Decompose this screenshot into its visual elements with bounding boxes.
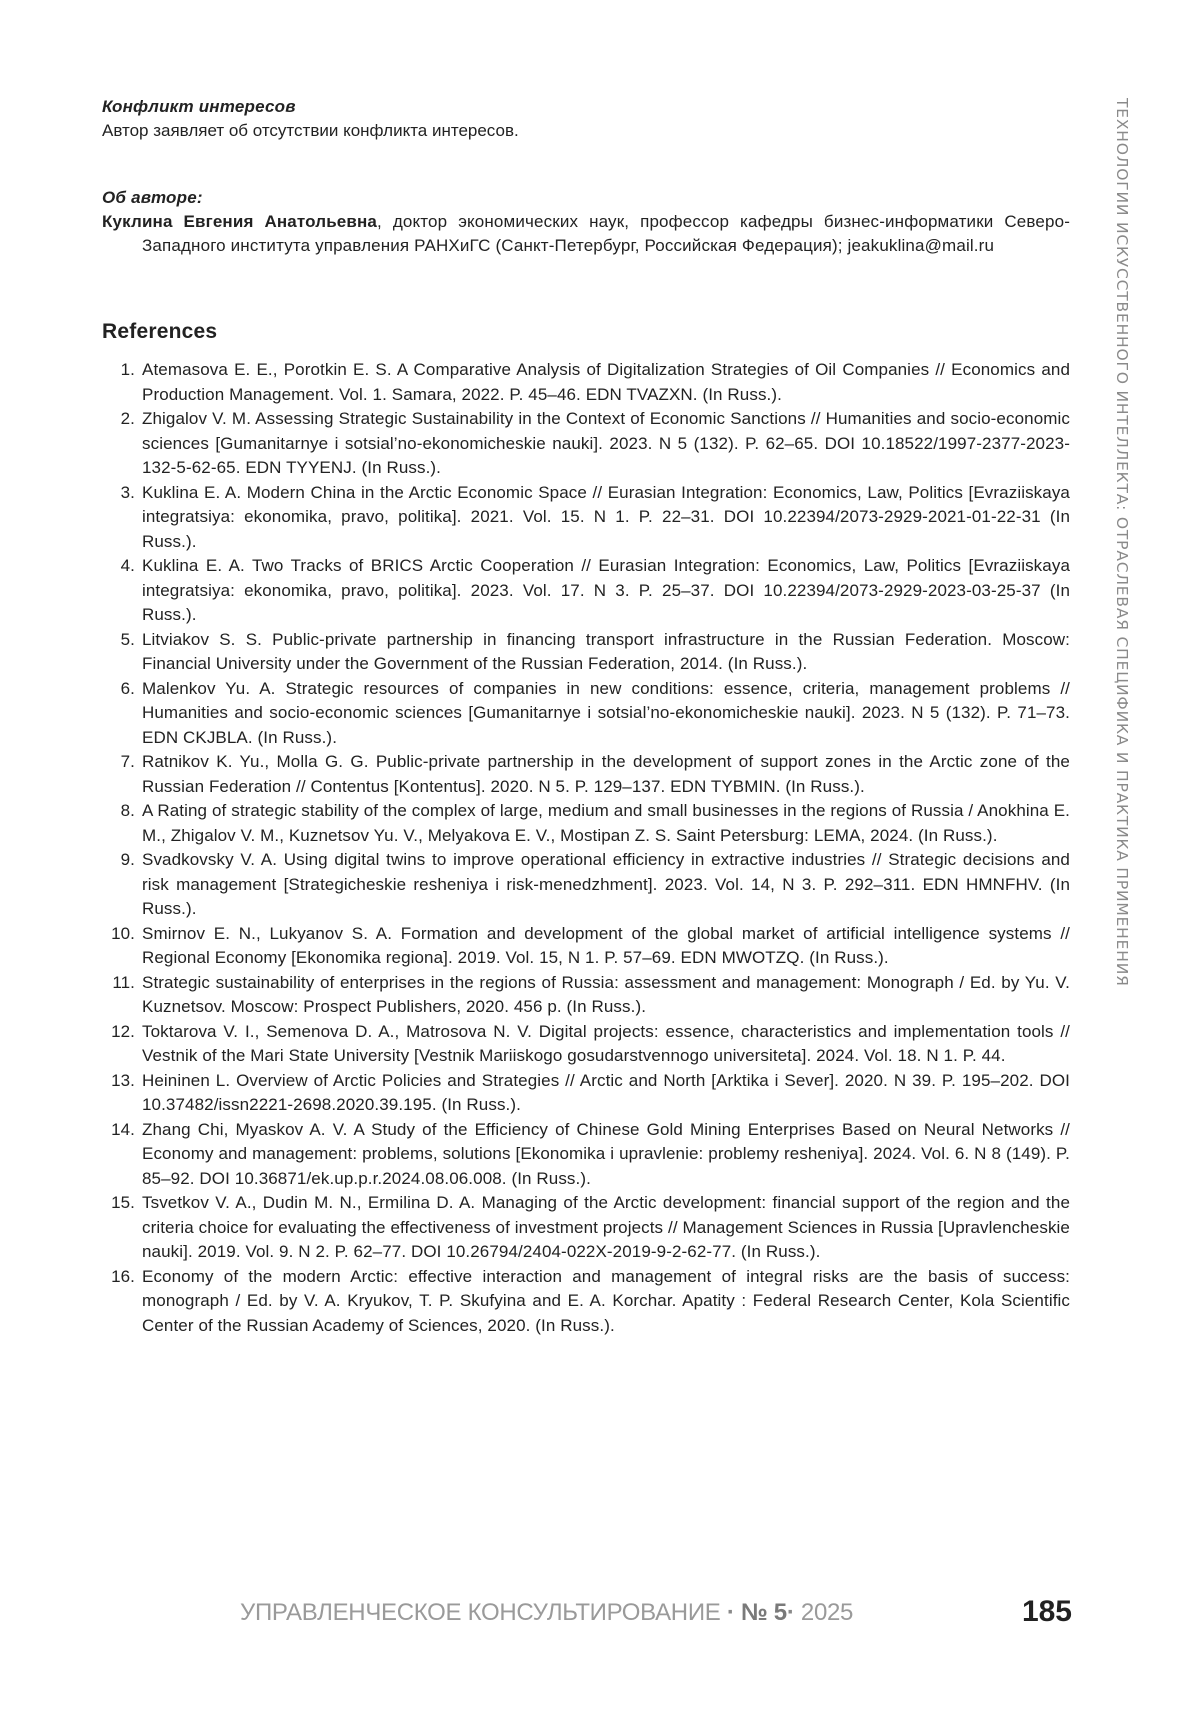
journal-name: УПРАВЛЕНЧЕСКОЕ КОНСУЛЬТИРОВАНИЕ	[240, 1599, 721, 1626]
reference-item: 16.Economy of the modern Arctic: effecti…	[102, 1265, 1070, 1339]
reference-text: Kuklina E. A. Modern China in the Arctic…	[142, 483, 1070, 551]
reference-item: 7.Ratnikov K. Yu., Molla G. G. Public-pr…	[102, 750, 1070, 799]
reference-item: 12.Toktarova V. I., Semenova D. A., Matr…	[102, 1020, 1070, 1069]
footer-separator: ·	[727, 1599, 735, 1626]
reference-number: 13.	[102, 1069, 135, 1094]
author-heading: Об авторе:	[102, 186, 1070, 210]
author-bio: Куклина Евгения Анатольевна, доктор экон…	[102, 210, 1070, 258]
conflict-heading: Конфликт интересов	[102, 95, 1070, 119]
article-page: Конфликт интересов Автор заявляет об отс…	[102, 95, 1070, 1338]
references-list: 1.Atemasova E. E., Porotkin E. S. A Comp…	[102, 358, 1070, 1338]
reference-text: Smirnov E. N., Lukyanov S. A. Formation …	[142, 924, 1070, 968]
reference-item: 14.Zhang Chi, Myaskov A. V. A Study of t…	[102, 1118, 1070, 1192]
reference-text: Toktarova V. I., Semenova D. A., Matroso…	[142, 1022, 1070, 1066]
reference-item: 1.Atemasova E. E., Porotkin E. S. A Comp…	[102, 358, 1070, 407]
reference-number: 2.	[102, 407, 135, 432]
conflict-of-interest-section: Конфликт интересов Автор заявляет об отс…	[102, 95, 1070, 143]
reference-text: Svadkovsky V. A. Using digital twins to …	[142, 850, 1070, 918]
reference-item: 13.Heininen L. Overview of Arctic Polici…	[102, 1069, 1070, 1118]
page-footer: УПРАВЛЕНЧЕСКОЕ КОНСУЛЬТИРОВАНИЕ · № 5· 2…	[240, 1597, 1072, 1637]
about-author-section: Об авторе: Куклина Евгения Анатольевна, …	[102, 186, 1070, 258]
reference-item: 11.Strategic sustainability of enterpris…	[102, 971, 1070, 1020]
reference-text: Litviakov S. S. Public-private partnersh…	[142, 630, 1070, 674]
conflict-text: Автор заявляет об отсутствии конфликта и…	[102, 119, 1070, 143]
footer-separator: ·	[787, 1599, 795, 1626]
reference-text: Economy of the modern Arctic: effective …	[142, 1267, 1070, 1335]
reference-item: 15.Tsvetkov V. A., Dudin M. N., Ermilina…	[102, 1191, 1070, 1265]
reference-number: 8.	[102, 799, 135, 824]
reference-number: 10.	[102, 922, 135, 947]
reference-number: 6.	[102, 677, 135, 702]
reference-item: 3.Kuklina E. A. Modern China in the Arct…	[102, 481, 1070, 555]
reference-text: A Rating of strategic stability of the c…	[142, 801, 1070, 845]
issue-year: 2025	[801, 1599, 853, 1626]
running-title-vertical: ТЕХНОЛОГИИ ИСКУССТВЕННОГО ИНТЕЛЛЕКТА: ОТ…	[1113, 98, 1131, 987]
issue-number: № 5	[741, 1599, 787, 1626]
reference-number: 1.	[102, 358, 135, 383]
reference-text: Atemasova E. E., Porotkin E. S. A Compar…	[142, 360, 1070, 404]
reference-number: 16.	[102, 1265, 135, 1290]
reference-number: 12.	[102, 1020, 135, 1045]
journal-footer: УПРАВЛЕНЧЕСКОЕ КОНСУЛЬТИРОВАНИЕ · № 5· 2…	[240, 1599, 853, 1627]
reference-text: Zhang Chi, Myaskov A. V. A Study of the …	[142, 1120, 1070, 1188]
reference-text: Strategic sustainability of enterprises …	[142, 973, 1070, 1017]
reference-text: Zhigalov V. M. Assessing Strategic Susta…	[142, 409, 1070, 477]
reference-number: 7.	[102, 750, 135, 775]
page-number: 185	[1022, 1595, 1072, 1629]
reference-number: 11.	[102, 971, 135, 996]
author-name: Куклина Евгения Анатольевна	[102, 212, 377, 231]
references-heading: References	[102, 318, 1070, 346]
reference-item: 5.Litviakov S. S. Public-private partner…	[102, 628, 1070, 677]
reference-number: 5.	[102, 628, 135, 653]
reference-text: Tsvetkov V. A., Dudin M. N., Ermilina D.…	[142, 1193, 1070, 1261]
reference-item: 10.Smirnov E. N., Lukyanov S. A. Formati…	[102, 922, 1070, 971]
reference-number: 4.	[102, 554, 135, 579]
reference-item: 2.Zhigalov V. M. Assessing Strategic Sus…	[102, 407, 1070, 481]
reference-item: 9.Svadkovsky V. A. Using digital twins t…	[102, 848, 1070, 922]
reference-text: Heininen L. Overview of Arctic Policies …	[142, 1071, 1070, 1115]
reference-number: 15.	[102, 1191, 135, 1216]
reference-number: 9.	[102, 848, 135, 873]
reference-number: 3.	[102, 481, 135, 506]
reference-number: 14.	[102, 1118, 135, 1143]
reference-item: 4.Kuklina E. A. Two Tracks of BRICS Arct…	[102, 554, 1070, 628]
reference-text: Ratnikov K. Yu., Molla G. G. Public-priv…	[142, 752, 1070, 796]
reference-text: Malenkov Yu. A. Strategic resources of c…	[142, 679, 1070, 747]
reference-item: 8.A Rating of strategic stability of the…	[102, 799, 1070, 848]
reference-item: 6.Malenkov Yu. A. Strategic resources of…	[102, 677, 1070, 751]
reference-text: Kuklina E. A. Two Tracks of BRICS Arctic…	[142, 556, 1070, 624]
